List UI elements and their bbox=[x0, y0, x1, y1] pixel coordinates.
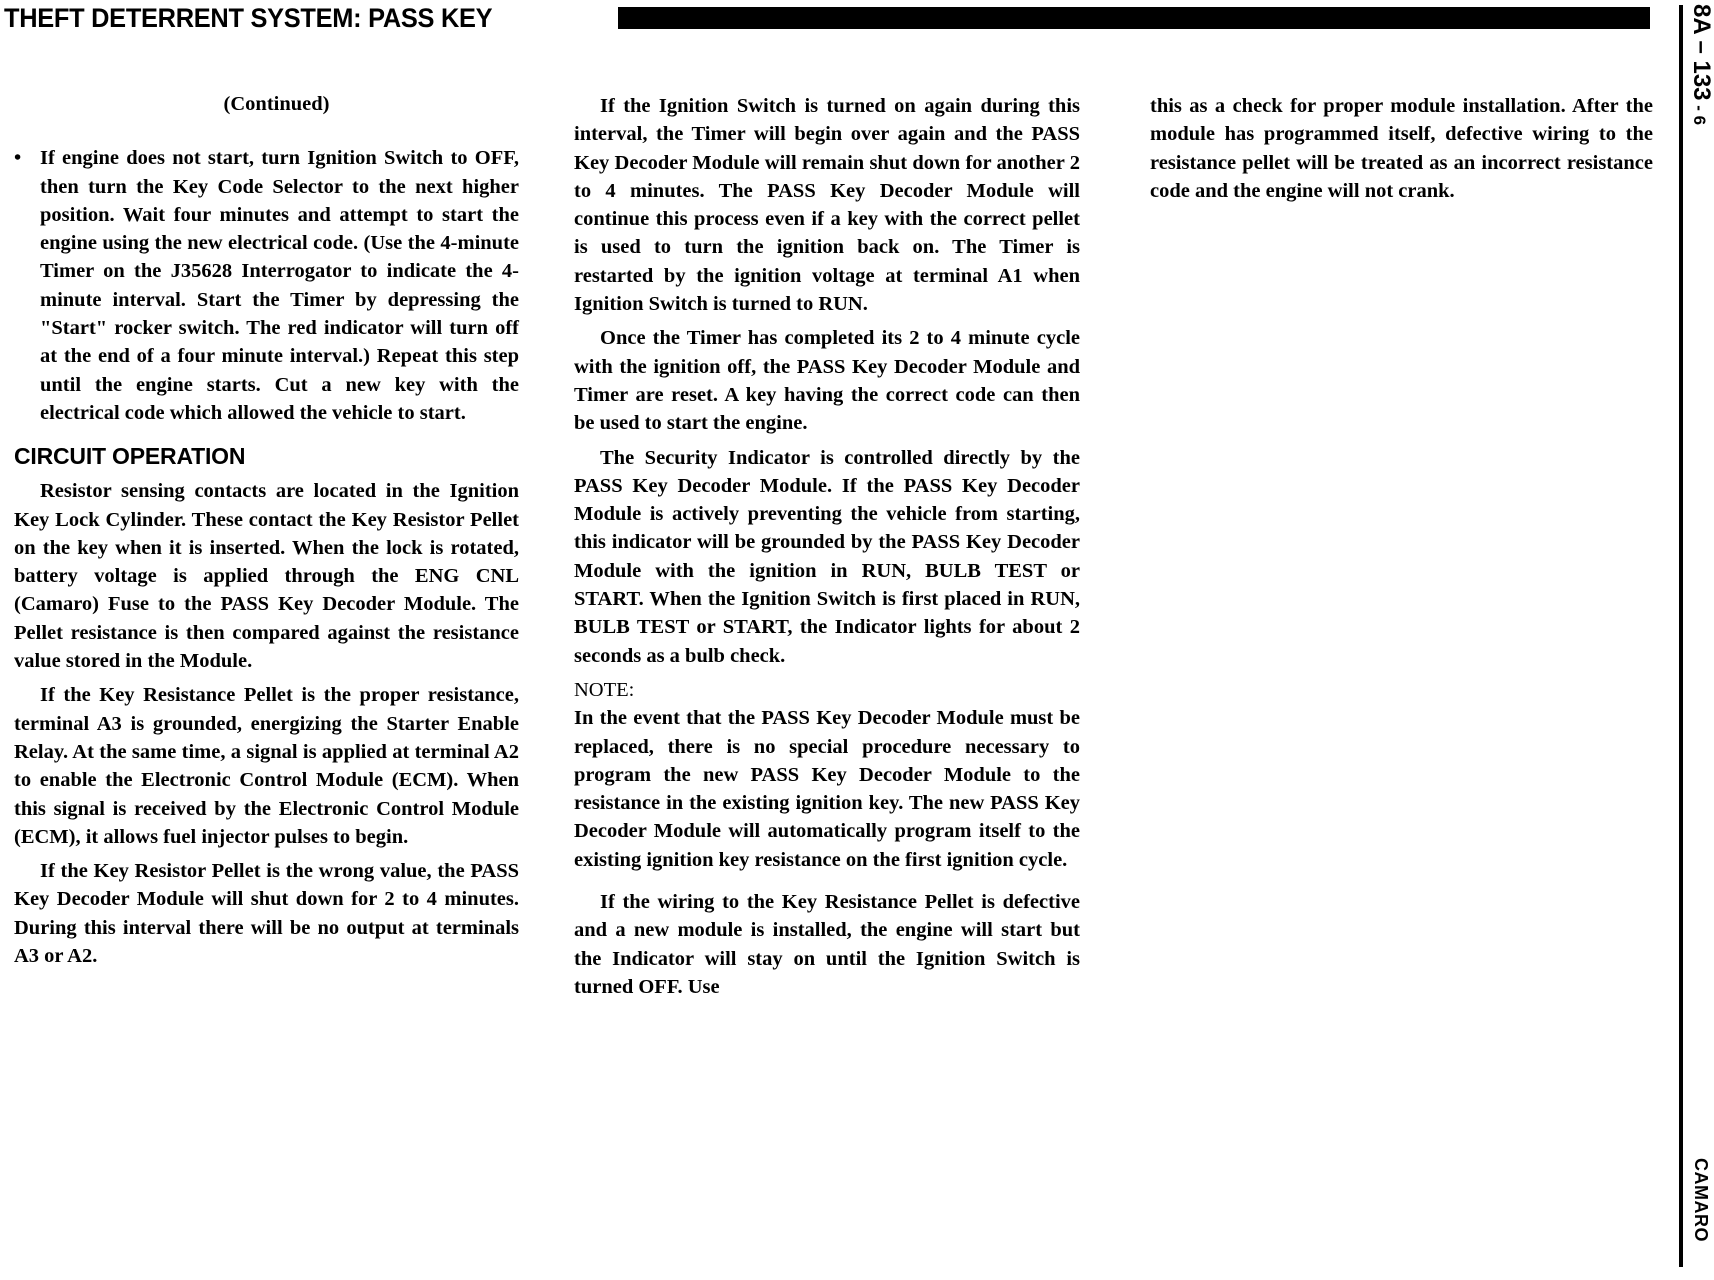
paragraph: If the Ignition Switch is turned on agai… bbox=[574, 92, 1080, 318]
column-3: this as a check for proper module instal… bbox=[1150, 92, 1653, 211]
paragraph: If the Key Resistance Pellet is the prop… bbox=[14, 681, 519, 851]
bullet-text: If engine does not start, turn Ignition … bbox=[40, 147, 519, 424]
page-number-sub: - 6 bbox=[1690, 101, 1709, 126]
page-number-main: 8A – 133 bbox=[1688, 4, 1714, 101]
note-label: NOTE: bbox=[574, 676, 1080, 704]
paragraph: If the Key Resistor Pellet is the wrong … bbox=[14, 857, 519, 970]
section-heading-circuit-operation: CIRCUIT OPERATION bbox=[14, 441, 519, 471]
column-2: If the Ignition Switch is turned on agai… bbox=[574, 92, 1080, 1007]
column-1: (Continued) • If engine does not start, … bbox=[14, 90, 519, 976]
paragraph: Once the Timer has completed its 2 to 4 … bbox=[574, 324, 1080, 437]
paragraph: this as a check for proper module instal… bbox=[1150, 92, 1653, 205]
paragraph: Resistor sensing contacts are located in… bbox=[14, 477, 519, 675]
side-vertical-rule bbox=[1679, 5, 1683, 1267]
note-text: In the event that the PASS Key Decoder M… bbox=[574, 704, 1080, 874]
paragraph: If the wiring to the Key Resistance Pell… bbox=[574, 888, 1080, 1001]
bullet-list-item: • If engine does not start, turn Ignitio… bbox=[14, 144, 519, 427]
title-rule-bar bbox=[618, 7, 1650, 29]
paragraph: The Security Indicator is controlled dir… bbox=[574, 444, 1080, 670]
page-number: 8A – 133 - 6 bbox=[1686, 4, 1714, 204]
bullet-icon: • bbox=[14, 144, 21, 172]
page-title: THEFT DETERRENT SYSTEM: PASS KEY bbox=[4, 0, 492, 36]
continued-label: (Continued) bbox=[14, 90, 519, 118]
vehicle-label: CAMARO bbox=[1690, 1158, 1712, 1242]
